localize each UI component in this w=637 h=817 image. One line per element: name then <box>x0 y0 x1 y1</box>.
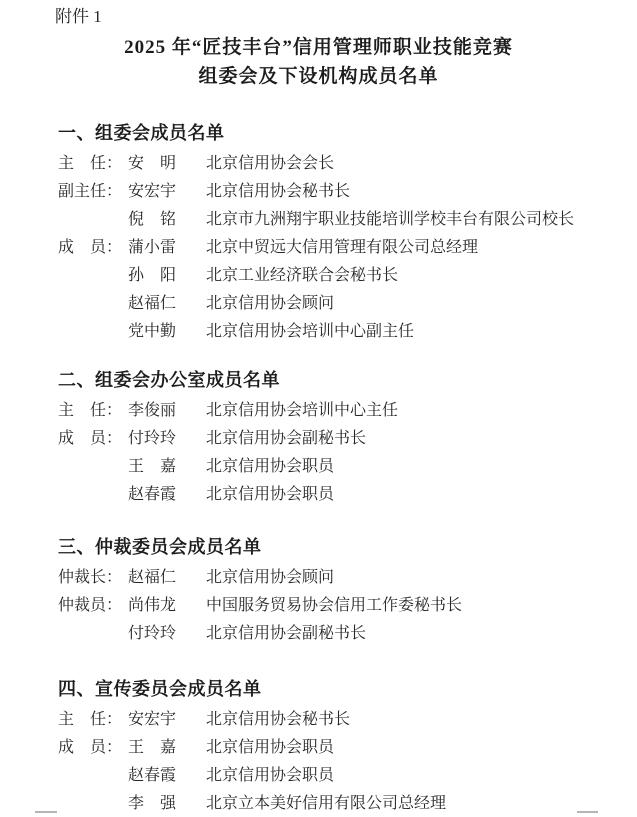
member-name: 付玲玲 <box>128 620 178 648</box>
member-row: 王 嘉 北京信用协会职员 <box>58 453 637 481</box>
member-row: 成 员： 付玲玲 北京信用协会副秘书长 <box>58 425 637 453</box>
member-affiliation: 北京信用协会顾问 <box>206 290 334 318</box>
document-page: { "page": { "attachment_label": "附件 1", … <box>0 0 637 817</box>
role-label: 成 员： <box>58 425 128 453</box>
member-affiliation: 北京市九洲翔宇职业技能培训学校丰台有限公司校长 <box>206 206 574 234</box>
document-title: 2025 年“匠技丰台”信用管理师职业技能竞赛 组委会及下设机构成员名单 <box>0 33 637 91</box>
role-label <box>58 262 128 290</box>
member-row: 赵福仁 北京信用协会顾问 <box>58 290 637 318</box>
section-organizing-committee: 一、组委会成员名单 主 任： 安 明 北京信用协会会长 副主任： 安宏宇 北京信… <box>0 121 637 346</box>
member-affiliation: 北京信用协会顾问 <box>206 564 334 592</box>
member-row: 副主任： 安宏宇 北京信用协会秘书长 <box>58 178 637 206</box>
member-row: 仲裁员： 尚伟龙 中国服务贸易协会信用工作委秘书长 <box>58 592 637 620</box>
member-row: 成 员： 王 嘉 北京信用协会职员 <box>58 734 637 762</box>
member-name: 蒲小雷 <box>128 234 178 262</box>
role-label <box>58 318 128 346</box>
member-affiliation: 北京中贸远大信用管理有限公司总经理 <box>206 234 478 262</box>
member-row: 孙 阳 北京工业经济联合会秘书长 <box>58 262 637 290</box>
section-publicity-committee: 四、宣传委员会成员名单 主 任： 安宏宇 北京信用协会秘书长 成 员： 王 嘉 … <box>0 677 637 817</box>
member-affiliation: 北京信用协会职员 <box>206 762 334 790</box>
page-corner-mark-left <box>35 811 57 813</box>
member-affiliation: 北京信用协会职员 <box>206 453 334 481</box>
member-affiliation: 北京工业经济联合会秘书长 <box>206 262 398 290</box>
member-row: 主 任： 安宏宇 北京信用协会秘书长 <box>58 706 637 734</box>
role-label: 仲裁员： <box>58 592 128 620</box>
role-label: 成 员： <box>58 234 128 262</box>
role-label: 主 任： <box>58 150 128 178</box>
section-heading: 三、仲裁委员会成员名单 <box>58 535 637 560</box>
section-heading: 四、宣传委员会成员名单 <box>58 677 637 702</box>
member-name: 王 嘉 <box>128 453 178 481</box>
member-affiliation: 中国服务贸易协会信用工作委秘书长 <box>206 592 462 620</box>
member-row: 付玲玲 北京信用协会副秘书长 <box>58 620 637 648</box>
role-label: 副主任： <box>58 178 128 206</box>
member-affiliation: 北京信用协会副秘书长 <box>206 425 366 453</box>
member-row: 赵春霞 北京信用协会职员 <box>58 481 637 509</box>
section-committee-office: 二、组委会办公室成员名单 主 任： 李俊丽 北京信用协会培训中心主任 成 员： … <box>0 368 637 509</box>
member-name: 孙 阳 <box>128 262 178 290</box>
role-label <box>58 453 128 481</box>
member-name: 安宏宇 <box>128 706 178 734</box>
member-row: 仲裁长： 赵福仁 北京信用协会顾问 <box>58 564 637 592</box>
role-label: 主 任： <box>58 706 128 734</box>
document-title-line1: 2025 年“匠技丰台”信用管理师职业技能竞赛 <box>0 33 637 62</box>
page-corner-mark-right <box>577 811 598 813</box>
member-name: 李俊丽 <box>128 397 178 425</box>
member-name: 李 强 <box>128 790 178 817</box>
member-name: 赵春霞 <box>128 481 178 509</box>
member-affiliation: 北京信用协会培训中心副主任 <box>206 318 414 346</box>
member-row: 主 任： 李俊丽 北京信用协会培训中心主任 <box>58 397 637 425</box>
member-name: 赵福仁 <box>128 290 178 318</box>
member-affiliation: 北京立本美好信用有限公司总经理 <box>206 790 446 817</box>
member-name: 尚伟龙 <box>128 592 178 620</box>
member-name: 王 嘉 <box>128 734 178 762</box>
role-label <box>58 290 128 318</box>
member-row: 赵春霞 北京信用协会职员 <box>58 762 637 790</box>
member-affiliation: 北京信用协会秘书长 <box>206 706 350 734</box>
member-name: 赵福仁 <box>128 564 178 592</box>
role-label <box>58 790 128 817</box>
attachment-label: 附件 1 <box>55 6 637 28</box>
member-affiliation: 北京信用协会会长 <box>206 150 334 178</box>
member-name: 付玲玲 <box>128 425 178 453</box>
role-label <box>58 481 128 509</box>
role-label <box>58 762 128 790</box>
member-affiliation: 北京信用协会秘书长 <box>206 178 350 206</box>
member-row: 主 任： 安 明 北京信用协会会长 <box>58 150 637 178</box>
member-affiliation: 北京信用协会副秘书长 <box>206 620 366 648</box>
member-affiliation: 北京信用协会职员 <box>206 734 334 762</box>
role-label: 成 员： <box>58 734 128 762</box>
role-label <box>58 620 128 648</box>
member-name: 安 明 <box>128 150 178 178</box>
role-label: 仲裁长： <box>58 564 128 592</box>
member-row: 党中勤 北京信用协会培训中心副主任 <box>58 318 637 346</box>
member-row: 成 员： 蒲小雷 北京中贸远大信用管理有限公司总经理 <box>58 234 637 262</box>
member-name: 倪 铭 <box>128 206 178 234</box>
section-arbitration-committee: 三、仲裁委员会成员名单 仲裁长： 赵福仁 北京信用协会顾问 仲裁员： 尚伟龙 中… <box>0 535 637 648</box>
member-affiliation: 北京信用协会职员 <box>206 481 334 509</box>
section-heading: 二、组委会办公室成员名单 <box>58 368 637 393</box>
document-title-line2: 组委会及下设机构成员名单 <box>0 62 637 91</box>
member-name: 赵春霞 <box>128 762 178 790</box>
role-label: 主 任： <box>58 397 128 425</box>
member-affiliation: 北京信用协会培训中心主任 <box>206 397 398 425</box>
member-name: 安宏宇 <box>128 178 178 206</box>
member-row: 李 强 北京立本美好信用有限公司总经理 <box>58 790 637 817</box>
section-heading: 一、组委会成员名单 <box>58 121 637 146</box>
role-label <box>58 206 128 234</box>
member-row: 倪 铭 北京市九洲翔宇职业技能培训学校丰台有限公司校长 <box>58 206 637 234</box>
member-name: 党中勤 <box>128 318 178 346</box>
